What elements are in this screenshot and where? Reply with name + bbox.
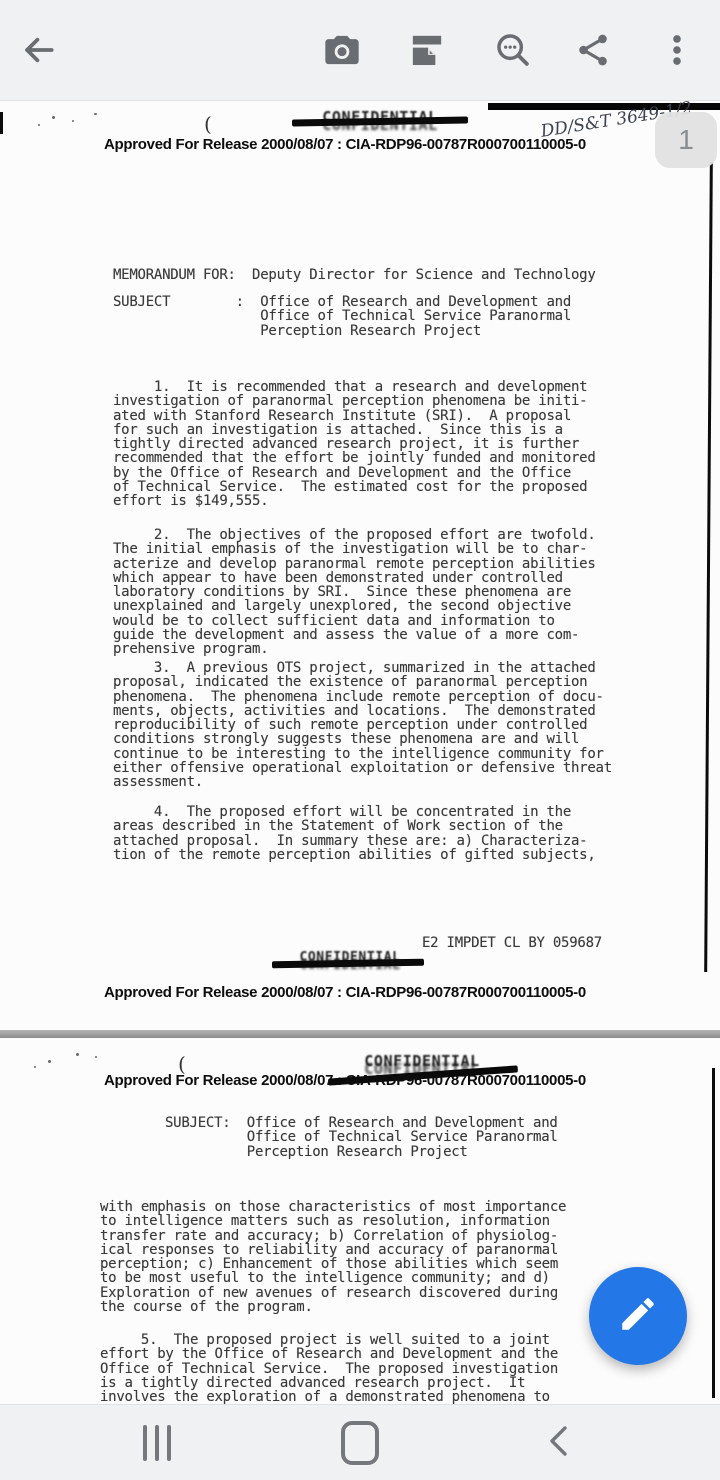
subject-block: SUBJECT: Office of Research and Developm… [165,1116,558,1159]
scan-stray-mark: ( [204,112,212,136]
scan-speck [95,1056,97,1058]
home-icon [341,1421,379,1465]
home-button[interactable] [336,1419,384,1467]
system-navigation-bar [0,1404,720,1480]
back-chevron-icon [542,1423,578,1464]
recents-icon [143,1425,171,1461]
document-page-1[interactable]: ( CONFIDENTIAL CONFIDENTIAL DD/S&T 3649-… [0,100,720,1030]
paragraph-3: 3. A previous OTS project, summarized in… [113,661,612,790]
body-continuation: with emphasis on those characteristics o… [100,1200,566,1314]
camera-button[interactable] [319,27,365,73]
more-options-button[interactable] [654,27,700,73]
scan-speck [48,1060,51,1063]
page-separator [0,1030,720,1038]
page-view-icon [407,30,447,70]
back-nav-button[interactable] [536,1419,584,1467]
scan-speck [76,1053,79,1056]
approved-release-line-top: Approved For Release 2000/08/07 : CIA-RD… [104,136,586,153]
share-button[interactable] [570,27,616,73]
scan-speck [94,113,97,115]
confidential-stamp-bottom: CONFIDENTIAL CONFIDENTIAL [280,950,420,980]
recents-button[interactable] [133,1419,181,1467]
scan-artifact-edge [0,112,3,134]
scan-speck [38,124,40,126]
scan-speck [34,1066,36,1068]
edit-fab-button[interactable] [589,1267,687,1365]
paragraph-5: 5. The proposed project is well suited t… [100,1333,558,1404]
more-vert-icon [658,31,696,69]
paragraph-4: 4. The proposed effort will be concentra… [113,805,596,862]
scan-artifact-line [704,162,713,972]
scan-artifact-line [712,1068,715,1398]
arrow-back-icon [20,31,58,69]
page-number: 1 [678,124,694,156]
search-document-icon [493,30,533,70]
page-view-button[interactable] [404,27,450,73]
approved-release-line: Approved For Release 2000/08/07 : CIA-RD… [104,1072,586,1089]
scan-speck [72,120,74,122]
classification-note: E2 IMPDET CL BY 059687 [422,936,602,950]
approved-release-line-bottom: Approved For Release 2000/08/07 : CIA-RD… [104,984,586,1001]
back-button[interactable] [16,27,62,73]
share-icon [574,31,612,69]
confidential-stamp: CONFIDENTIAL CONFIDENTIAL [300,108,460,138]
scan-speck [52,116,55,119]
search-button[interactable] [490,27,536,73]
pencil-icon [617,1293,659,1340]
camera-icon [322,30,362,70]
top-toolbar [0,0,720,101]
paragraph-1: 1. It is recommended that a research and… [113,380,596,509]
subject-block: SUBJECT : Office of Research and Develop… [113,295,571,338]
memo-for-line: MEMORANDUM FOR: Deputy Director for Scie… [113,268,596,282]
page-number-badge: 1 [655,112,717,168]
paragraph-2: 2. The objectives of the proposed effort… [113,528,596,657]
